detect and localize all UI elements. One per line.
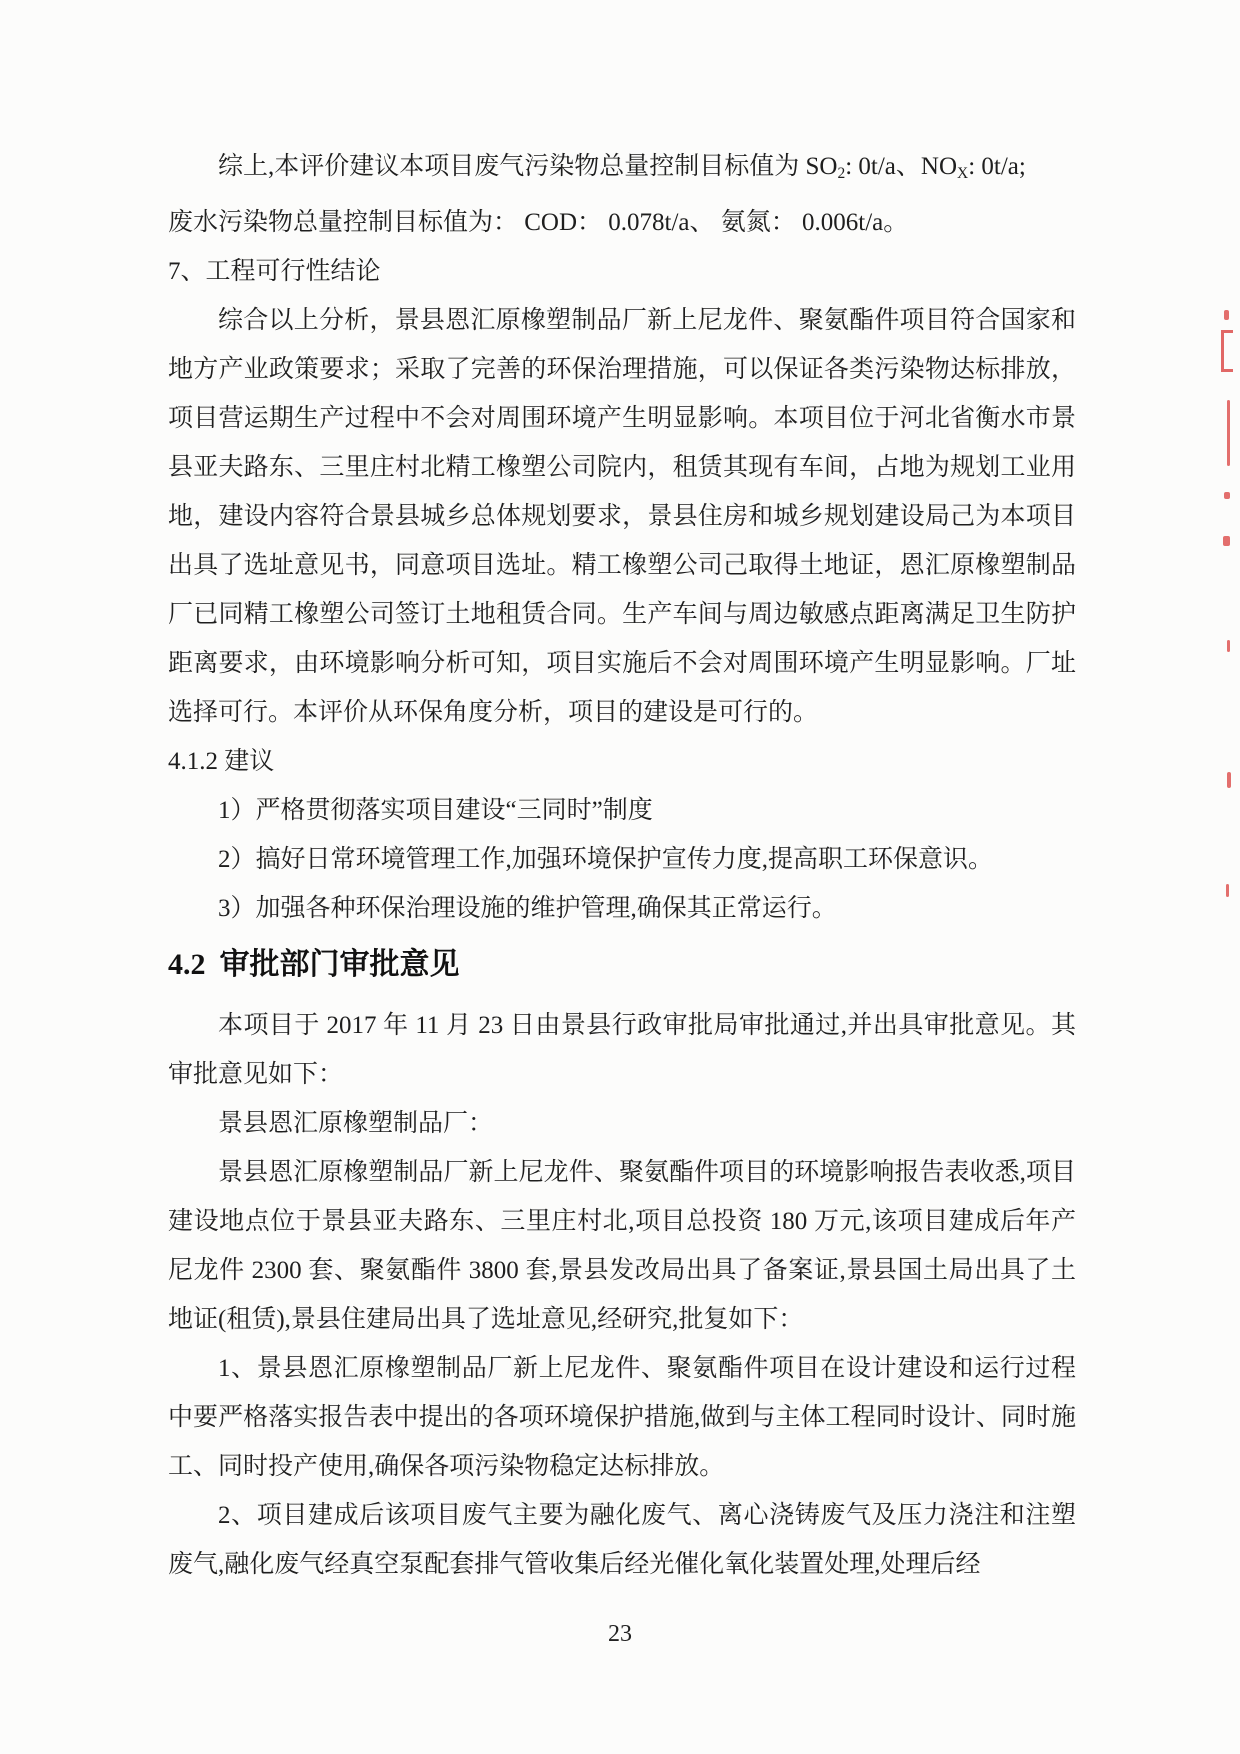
heading-approval-text: 审批部门审批意见 — [220, 948, 460, 981]
para-approval-item-2: 2、项目建成后该项目废气主要为融化废气、离心浇铸废气及压力浇注和注塑废气,融化废… — [168, 1491, 1076, 1589]
red-pen-mark — [1221, 330, 1233, 372]
heading-approval-number: 4.2 — [168, 948, 206, 981]
total-control-seg4: 废水污染物总量控制目标值为： COD： 0.078t/a、 氨氮： 0.006t… — [168, 209, 908, 236]
total-control-seg1: 综上,本评价建议本项目废气污染物总量控制目标值为 SO — [218, 153, 837, 180]
red-pen-mark — [1226, 884, 1229, 897]
para-approval-item-1: 1、景县恩汇原橡塑制品厂新上尼龙件、聚氨酯件项目在设计建设和运行过程中要严格落实… — [168, 1344, 1076, 1491]
suggestion-item-1: 1）严格贯彻落实项目建设“三同时”制度 — [168, 786, 1076, 835]
para-approval-intro: 本项目于 2017 年 11 月 23 日由景县行政审批局审批通过,并出具审批意… — [168, 1001, 1076, 1099]
red-pen-mark — [1223, 536, 1230, 546]
red-pen-mark — [1224, 310, 1229, 320]
para-approval-receipt: 景县恩汇原橡塑制品厂新上尼龙件、聚氨酯件项目的环境影响报告表收悉,项目建设地点位… — [168, 1148, 1076, 1344]
para-approval-salutation: 景县恩汇原橡塑制品厂： — [168, 1099, 1076, 1148]
red-pen-mark — [1224, 492, 1230, 499]
total-control-seg2: : 0t/a、NO — [845, 153, 957, 180]
heading-feasibility-conclusion: 7、工程可行性结论 — [168, 247, 1076, 296]
para-feasibility-conclusion: 综合以上分析，景县恩汇原橡塑制品厂新上尼龙件、聚氨酯件项目符合国家和地方产业政策… — [168, 296, 1076, 737]
suggestion-item-2: 2）搞好日常环境管理工作,加强环境保护宣传力度,提高职工环保意识。 — [168, 835, 1076, 884]
suggestion-item-3: 3）加强各种环保治理设施的维护管理,确保其正常运行。 — [168, 884, 1076, 933]
red-pen-mark — [1227, 772, 1231, 788]
page-number: 23 — [0, 1620, 1240, 1648]
document-page: 综上,本评价建议本项目废气污染物总量控制目标值为 SO2: 0t/a、NOX: … — [0, 0, 1240, 1754]
heading-suggestions: 4.1.2 建议 — [168, 737, 1076, 786]
nox-subscript: X — [957, 165, 968, 182]
total-control-seg3: : 0t/a; — [968, 153, 1026, 180]
red-pen-mark — [1227, 400, 1230, 466]
document-body: 综上,本评价建议本项目废气污染物总量控制目标值为 SO2: 0t/a、NOX: … — [168, 142, 1076, 1589]
red-pen-mark — [1227, 640, 1230, 652]
heading-approval-opinion: 4.2审批部门审批意见 — [168, 943, 1076, 987]
para-total-control: 综上,本评价建议本项目废气污染物总量控制目标值为 SO2: 0t/a、NOX: … — [168, 142, 1076, 247]
